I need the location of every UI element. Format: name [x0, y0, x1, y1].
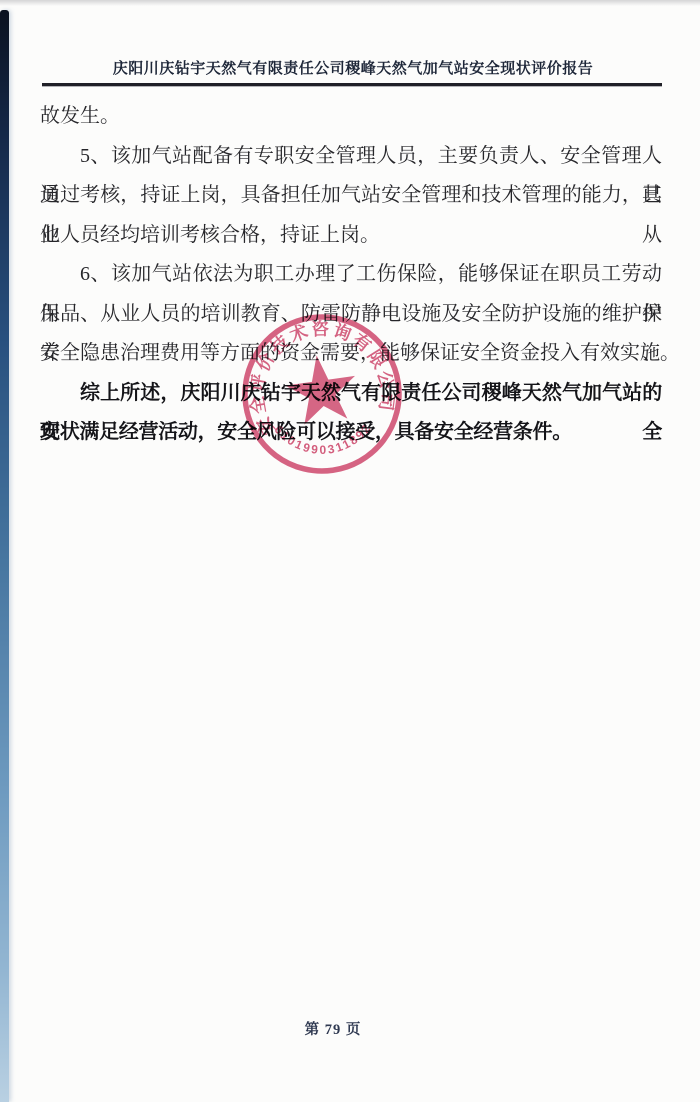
text-line: 故发生。	[40, 97, 662, 137]
header-rule	[42, 83, 662, 86]
scanned-document-page: 庆阳川庆钻宇天然气有限责任公司稷峰天然气加气站安全现状评价报告 故发生。5、该加…	[0, 0, 700, 1102]
seal-star-icon	[282, 350, 361, 426]
text-line: 5、该加气站配备有专职安全管理人员，主要负责人、安全管理人员已	[40, 137, 662, 177]
text-line: 通过考核，持证上岗，具备担任加气站安全管理和技术管理的能力，其他从	[40, 176, 662, 216]
svg-text:6101990311892: 6101990311892	[270, 410, 377, 464]
scan-edge-artifact	[0, 0, 700, 6]
company-seal-stamp: 安全评价技术咨询有限公司 6101990311892	[223, 295, 422, 494]
text-line: 6、该加气站依法为职工办理了工伤保险，能够保证在职员工劳动保护	[40, 255, 662, 295]
seal-serial-number: 6101990311892	[270, 410, 377, 464]
page-number: 第 79 页	[0, 1018, 666, 1039]
book-spine-shadow	[0, 10, 9, 1102]
running-header-title: 庆阳川庆钻宇天然气有限责任公司稷峰天然气加气站安全现状评价报告	[42, 57, 664, 78]
